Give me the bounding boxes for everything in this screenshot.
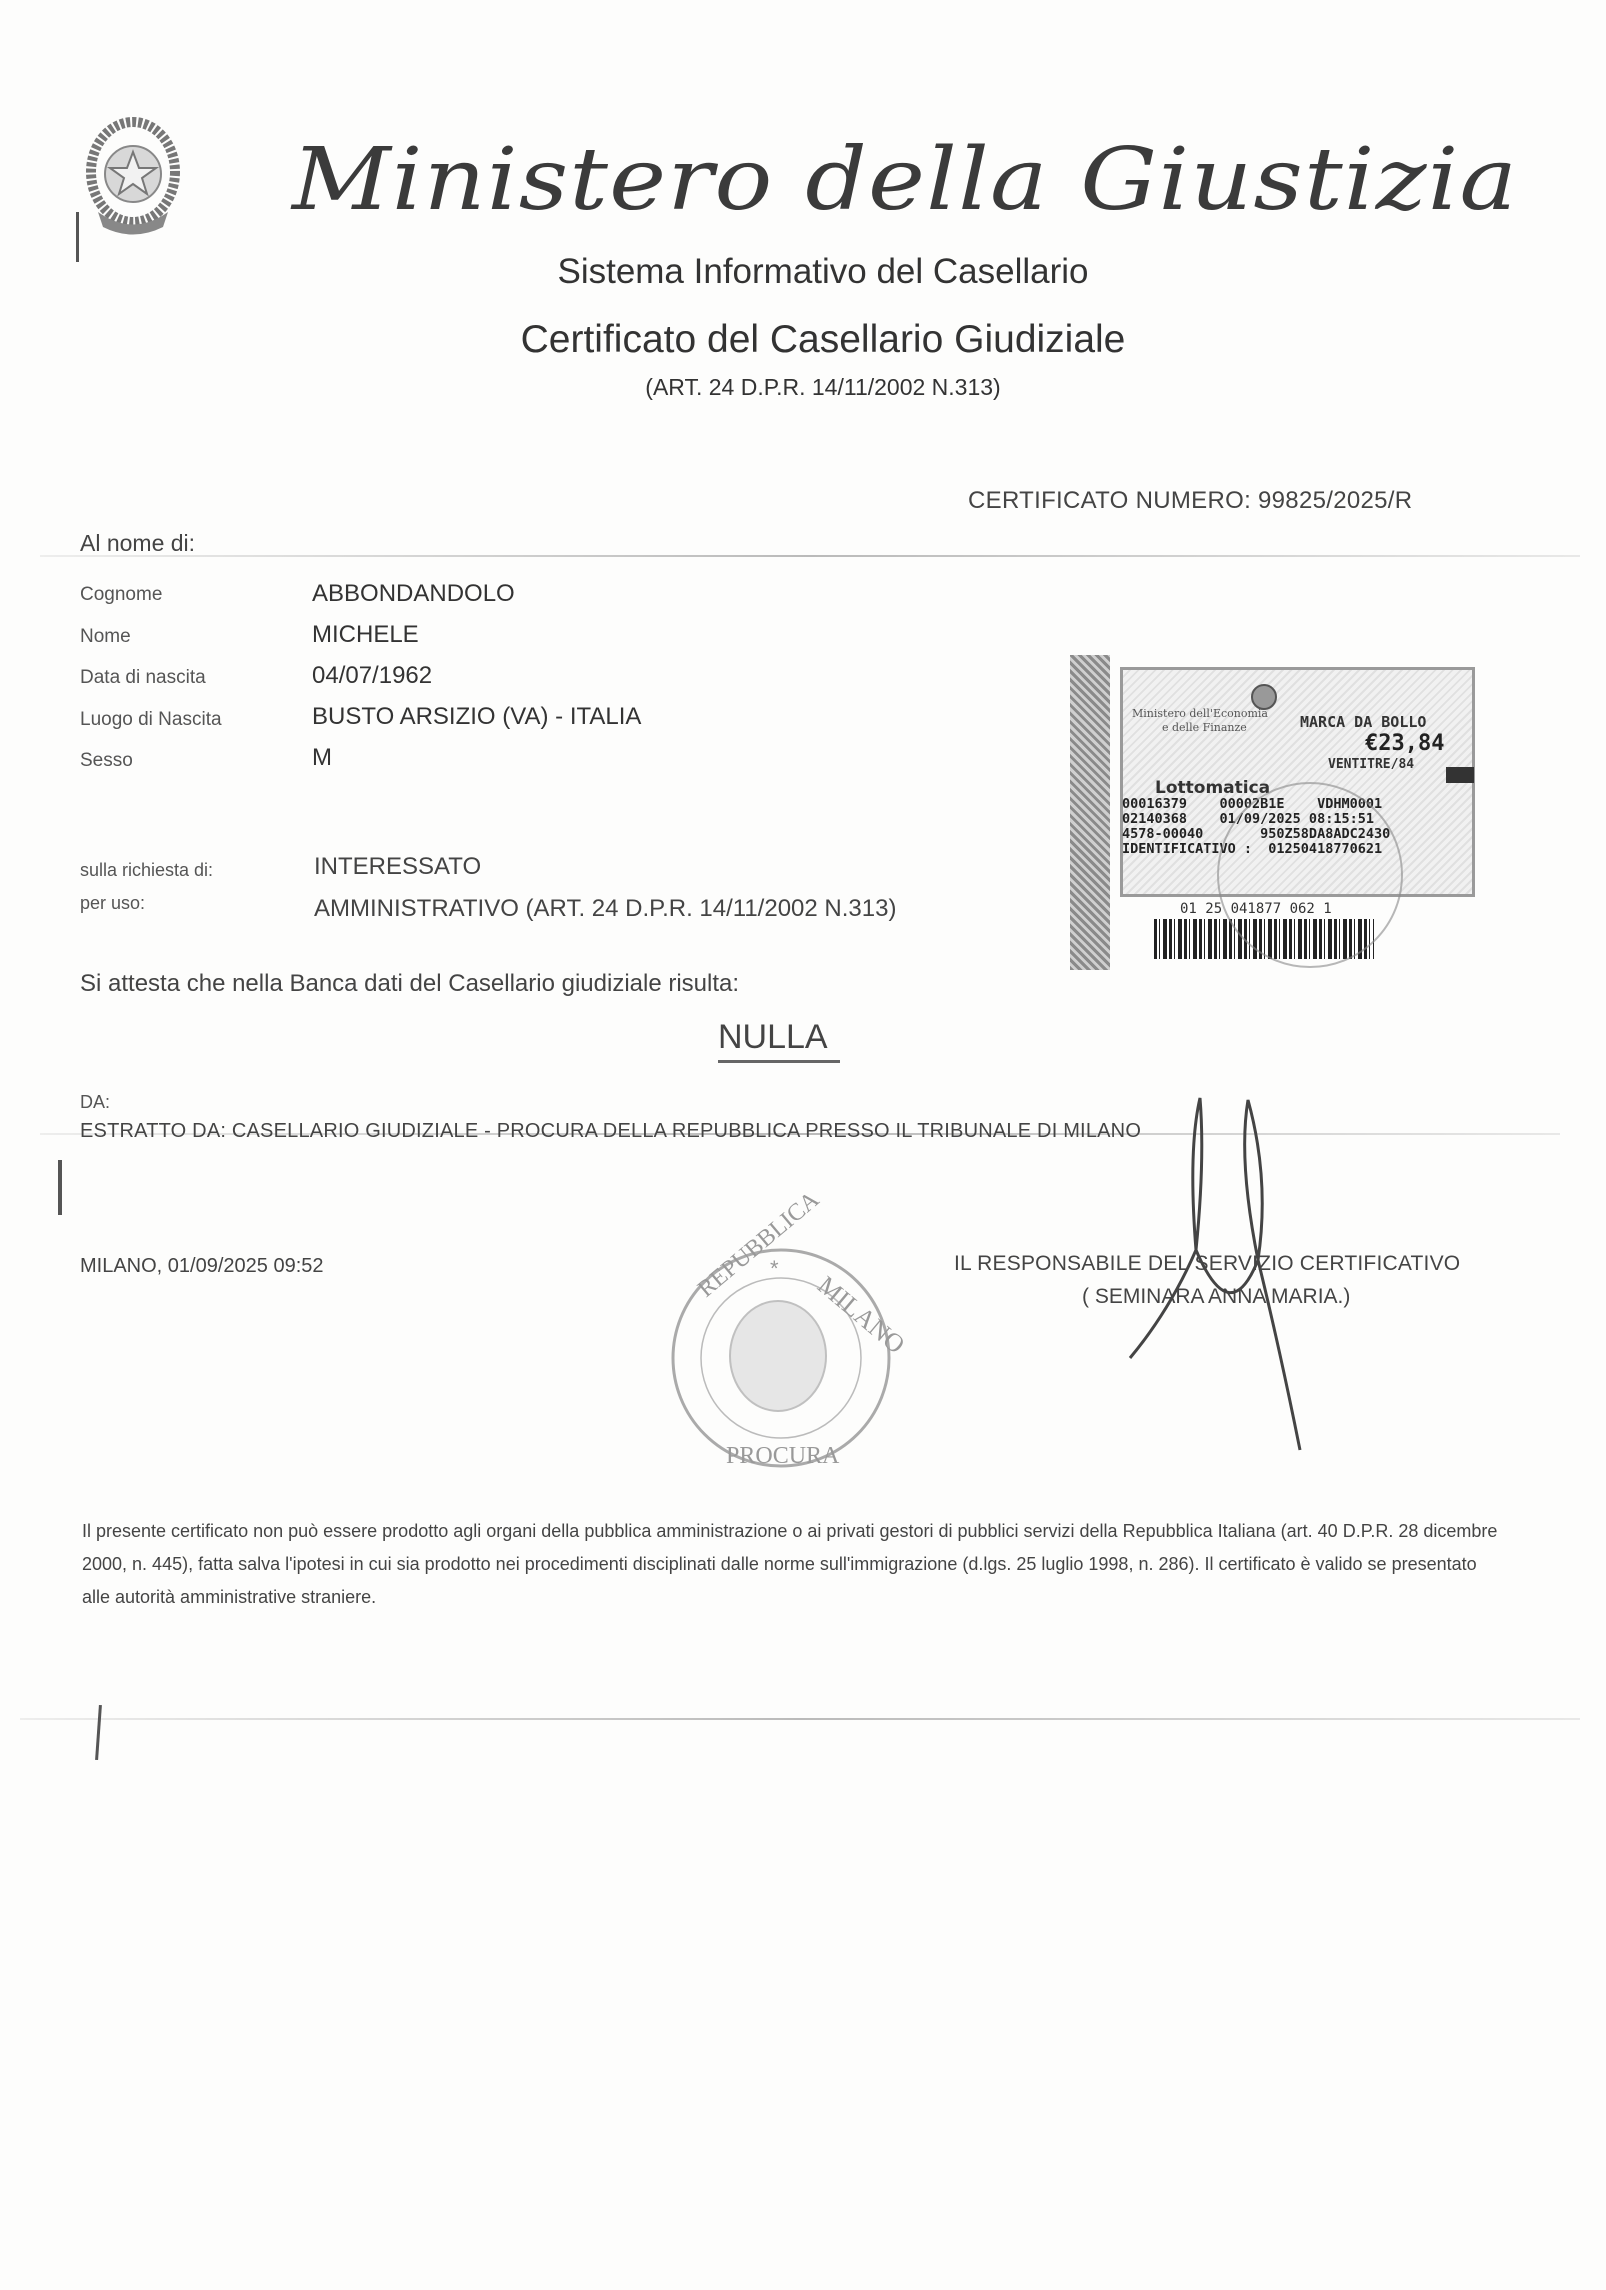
stamp-label: MARCA DA BOLLO	[1300, 713, 1426, 731]
source-da-label: DA:	[80, 1092, 110, 1113]
fold-line	[20, 1718, 1580, 1720]
fold-line	[40, 555, 1580, 557]
result-value: NULLA	[718, 1018, 828, 1057]
procura-della-repubblica-milano-seal-icon: REPUBBLICA MILANO PROCURA *	[666, 1238, 896, 1478]
field-value-cognome: ABBONDANDOLO	[312, 580, 515, 608]
request-label-richiesta: sulla richiesta di:	[80, 860, 213, 881]
field-value-nome: MICHELE	[312, 621, 419, 649]
stamp-security-strip	[1070, 655, 1110, 970]
ministry-title: Ministero della Giustizia	[292, 130, 1518, 230]
handwritten-signature-icon	[1110, 1090, 1350, 1450]
field-label-cognome: Cognome	[80, 584, 162, 606]
margin-mark	[95, 1705, 102, 1760]
svg-text:*: *	[770, 1256, 779, 1281]
revenue-stamp: Ministero dell'Economia e delle Finanze …	[1070, 655, 1475, 970]
margin-mark	[58, 1160, 62, 1215]
svg-text:REPUBBLICA: REPUBBLICA	[693, 1186, 825, 1302]
legal-reference: (ART. 24 D.P.R. 14/11/2002 N.313)	[0, 374, 1606, 401]
field-value-luogo-nascita: BUSTO ARSIZIO (VA) - ITALIA	[312, 703, 641, 731]
document-title: Certificato del Casellario Giudiziale	[0, 318, 1606, 362]
stamp-amount: €23,84	[1365, 731, 1444, 756]
svg-text:PROCURA: PROCURA	[726, 1443, 840, 1469]
stamp-issuer-line-2: e delle Finanze	[1132, 721, 1268, 735]
result-statement: Si attesta che nella Banca dati del Case…	[80, 970, 739, 998]
result-underline	[718, 1060, 840, 1063]
stamp-issuer: Ministero dell'Economia e delle Finanze	[1132, 707, 1268, 735]
field-label-luogo-nascita: Luogo di Nascita	[80, 709, 222, 731]
source-extract: ESTRATTO DA: CASELLARIO GIUDIZIALE - PRO…	[80, 1120, 1141, 1143]
request-value-uso: AMMINISTRATIVO (ART. 24 D.P.R. 14/11/200…	[314, 895, 896, 923]
issue-place-datetime: MILANO, 01/09/2025 09:52	[80, 1255, 324, 1278]
request-label-uso: per uso:	[80, 893, 145, 914]
field-value-data-nascita: 04/07/1962	[312, 662, 432, 690]
request-value-richiesta: INTERESSATO	[314, 853, 481, 881]
cancellation-postmark-icon	[1210, 775, 1410, 975]
system-name: Sistema Informativo del Casellario	[0, 252, 1606, 292]
field-label-sesso: Sesso	[80, 750, 133, 772]
certificate-number: CERTIFICATO NUMERO: 99825/2025/R	[968, 487, 1412, 515]
legal-notice: Il presente certificato non può essere p…	[82, 1515, 1502, 1614]
stamp-black-mark	[1446, 767, 1474, 783]
stamp-amount-words: VENTITRE/84	[1328, 757, 1414, 772]
field-label-data-nascita: Data di nascita	[80, 667, 206, 689]
subject-section-label: Al nome di:	[80, 530, 195, 557]
field-value-sesso: M	[312, 744, 332, 772]
field-label-nome: Nome	[80, 626, 131, 648]
stamp-issuer-line-1: Ministero dell'Economia	[1132, 707, 1268, 721]
italian-republic-emblem-icon	[78, 112, 188, 242]
